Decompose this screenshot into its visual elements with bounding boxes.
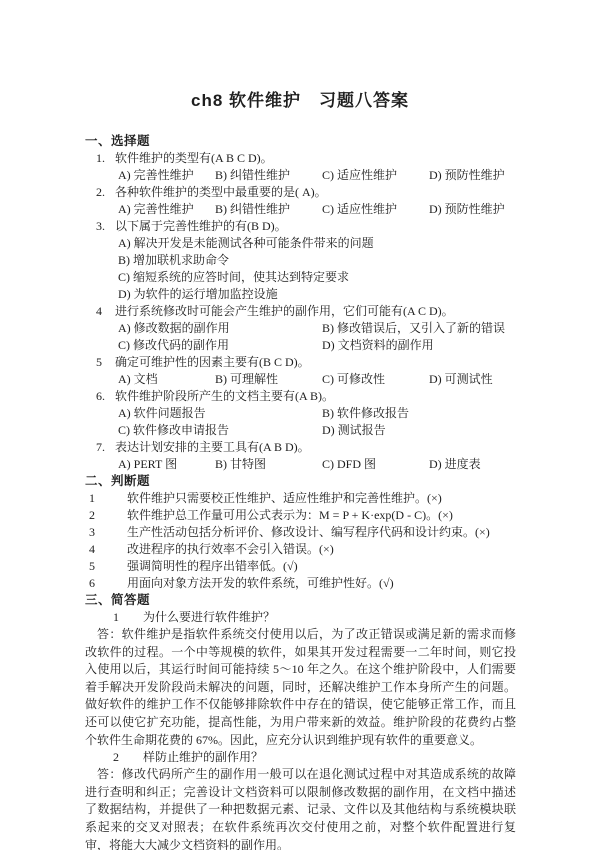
judge-item: 4改进程序的执行效率不会引入错误。(×) [85,541,516,558]
short-answer-question-text: 样防止维护的副作用？ [143,750,263,764]
section-heading-choice: 一、选择题 [85,133,516,150]
question-number: 3. [96,218,115,235]
option-row: C) 软件修改申请报告 D) 测试报告 [85,422,516,439]
judge-item-text: 软件维护总工作量可用公式表示为：M = P + K·exp(D - C)。(×) [127,508,453,522]
option: C) 缩短系统的应答时间，使其达到特定要求 [118,269,349,286]
section-heading-short-answer: 三、简答题 [85,592,516,609]
judge-item: 6用面向对象方法开发的软件系统，可维护性好。(√) [85,575,516,592]
short-answer-number: 2 [113,749,143,766]
option: D) 文档资料的副作用 [322,337,434,354]
option: B) 修改错误后，又引入了新的错误 [322,320,505,337]
question-number: 1. [96,150,115,167]
option: C) 适应性维护 [322,167,397,184]
judge-item-text: 改进程序的执行效率不会引入错误。(×) [127,542,334,556]
question-line: 1.软件维护的类型有(A B C D)。 [85,150,516,167]
option-row: A) 完善性维护 B) 纠错性维护 C) 适应性维护 D) 预防性维护 [85,201,516,218]
question-line: 2.各种软件维护的类型中最重要的是( A)。 [85,184,516,201]
question-text: 各种软件维护的类型中最重要的是( A)。 [115,185,327,199]
option: C) 适应性维护 [322,201,397,218]
option: C) 软件修改申请报告 [118,422,229,439]
option-row: A) 修改数据的副作用 B) 修改错误后，又引入了新的错误 [85,320,516,337]
section-heading-judge: 二、判断题 [85,473,516,490]
question-number: 4 [96,303,115,320]
question-line: 3.以下属于完善性维护的有(B D)。 [85,218,516,235]
question-text: 软件维护阶段所产生的文档主要有(A B)。 [115,389,334,403]
judge-item: 5强调简明性的程序出错率低。(√) [85,558,516,575]
judge-item-number: 3 [89,524,127,541]
option: B) 纠错性维护 [215,201,290,218]
option: D) 测试报告 [322,422,386,439]
question-line: 6.软件维护阶段所产生的文档主要有(A B)。 [85,388,516,405]
judge-item-text: 用面向对象方法开发的软件系统，可维护性好。(√) [127,576,394,590]
short-answer-question: 1为什么要进行软件维护？ [85,609,516,626]
question-text: 确定可维护性的因素主要有(B C D)。 [115,355,310,369]
judge-item-number: 6 [89,575,127,592]
option: A) 完善性维护 [118,201,194,218]
judge-item: 1软件维护只需要校正性维护、适应性维护和完善性维护。(×) [85,490,516,507]
option: B) 纠错性维护 [215,167,290,184]
option: C) 可修改性 [322,371,385,388]
option: B) 可理解性 [215,371,278,388]
document-content: 一、选择题 1.软件维护的类型有(A B C D)。 A) 完善性维护 B) 纠… [85,133,516,850]
short-answer-question: 2样防止维护的副作用？ [85,749,516,766]
option: B) 软件修改报告 [322,405,409,422]
question-text: 软件维护的类型有(A B C D)。 [115,151,273,165]
option-row: A) 文档 B) 可理解性 C) 可修改性 D) 可测试性 [85,371,516,388]
judge-item-number: 5 [89,558,127,575]
judge-item-text: 生产性活动包括分析评价、修改设计、编写程序代码和设计约束。(×) [127,525,490,539]
question-line: 7.表达计划安排的主要工具有(A B D)。 [85,439,516,456]
question-number: 2. [96,184,115,201]
short-answer-paragraph: 答：软件维护是指软件系统交付使用以后，为了改正错误或满足新的需求而修改软件的过程… [85,626,516,749]
judge-item: 2软件维护总工作量可用公式表示为：M = P + K·exp(D - C)。(×… [85,507,516,524]
option: D) 预防性维护 [429,167,505,184]
question-number: 6. [96,388,115,405]
judge-item-text: 强调简明性的程序出错率低。(√) [127,559,298,573]
option-row: C) 缩短系统的应答时间，使其达到特定要求 [85,269,516,286]
option: D) 可测试性 [429,371,493,388]
option-row: D) 为软件的运行增加监控设施 [85,286,516,303]
judge-item-number: 2 [89,507,127,524]
option: A) 软件问题报告 [118,405,206,422]
option: C) DFD 图 [322,456,376,473]
option-row: C) 修改代码的副作用 D) 文档资料的副作用 [85,337,516,354]
option: C) 修改代码的副作用 [118,337,229,354]
short-answer-paragraph: 答：修改代码所产生的副作用一般可以在退化测试过程中对其造成系统的故障进行查明和纠… [85,766,516,850]
option-row: A) 完善性维护 B) 纠错性维护 C) 适应性维护 D) 预防性维护 [85,167,516,184]
question-line: 4进行系统修改时可能会产生维护的副作用，它们可能有(A C D)。 [85,303,516,320]
question-line: 5确定可维护性的因素主要有(B C D)。 [85,354,516,371]
question-number: 7. [96,439,115,456]
option: A) 修改数据的副作用 [118,320,230,337]
short-answer-question-text: 为什么要进行软件维护？ [143,610,275,624]
option: A) PERT 图 [118,456,177,473]
judge-item-number: 4 [89,541,127,558]
option-row: A) 软件问题报告 B) 软件修改报告 [85,405,516,422]
option: D) 预防性维护 [429,201,505,218]
option: A) 解决开发是未能测试各种可能条件带来的问题 [118,235,374,252]
short-answer-number: 1 [113,609,143,626]
option: A) 完善性维护 [118,167,194,184]
page-title: ch8 软件维护 习题八答案 [0,0,600,112]
question-number: 5 [96,354,115,371]
judge-item-text: 软件维护只需要校正性维护、适应性维护和完善性维护。(×) [127,491,442,505]
option: D) 进度表 [429,456,481,473]
question-text: 进行系统修改时可能会产生维护的副作用，它们可能有(A C D)。 [115,304,454,318]
option: D) 为软件的运行增加监控设施 [118,286,278,303]
document-page: ch8 软件维护 习题八答案 一、选择题 1.软件维护的类型有(A B C D)… [0,0,600,850]
judge-item: 3生产性活动包括分析评价、修改设计、编写程序代码和设计约束。(×) [85,524,516,541]
option-row: B) 增加联机求助命令 [85,252,516,269]
option: B) 增加联机求助命令 [118,252,229,269]
option-row: A) PERT 图 B) 甘特图 C) DFD 图 D) 进度表 [85,456,516,473]
option-row: A) 解决开发是未能测试各种可能条件带来的问题 [85,235,516,252]
question-text: 表达计划安排的主要工具有(A B D)。 [115,440,310,454]
question-text: 以下属于完善性维护的有(B D)。 [115,219,287,233]
judge-item-number: 1 [89,490,127,507]
option: A) 文档 [118,371,158,388]
option: B) 甘特图 [215,456,266,473]
